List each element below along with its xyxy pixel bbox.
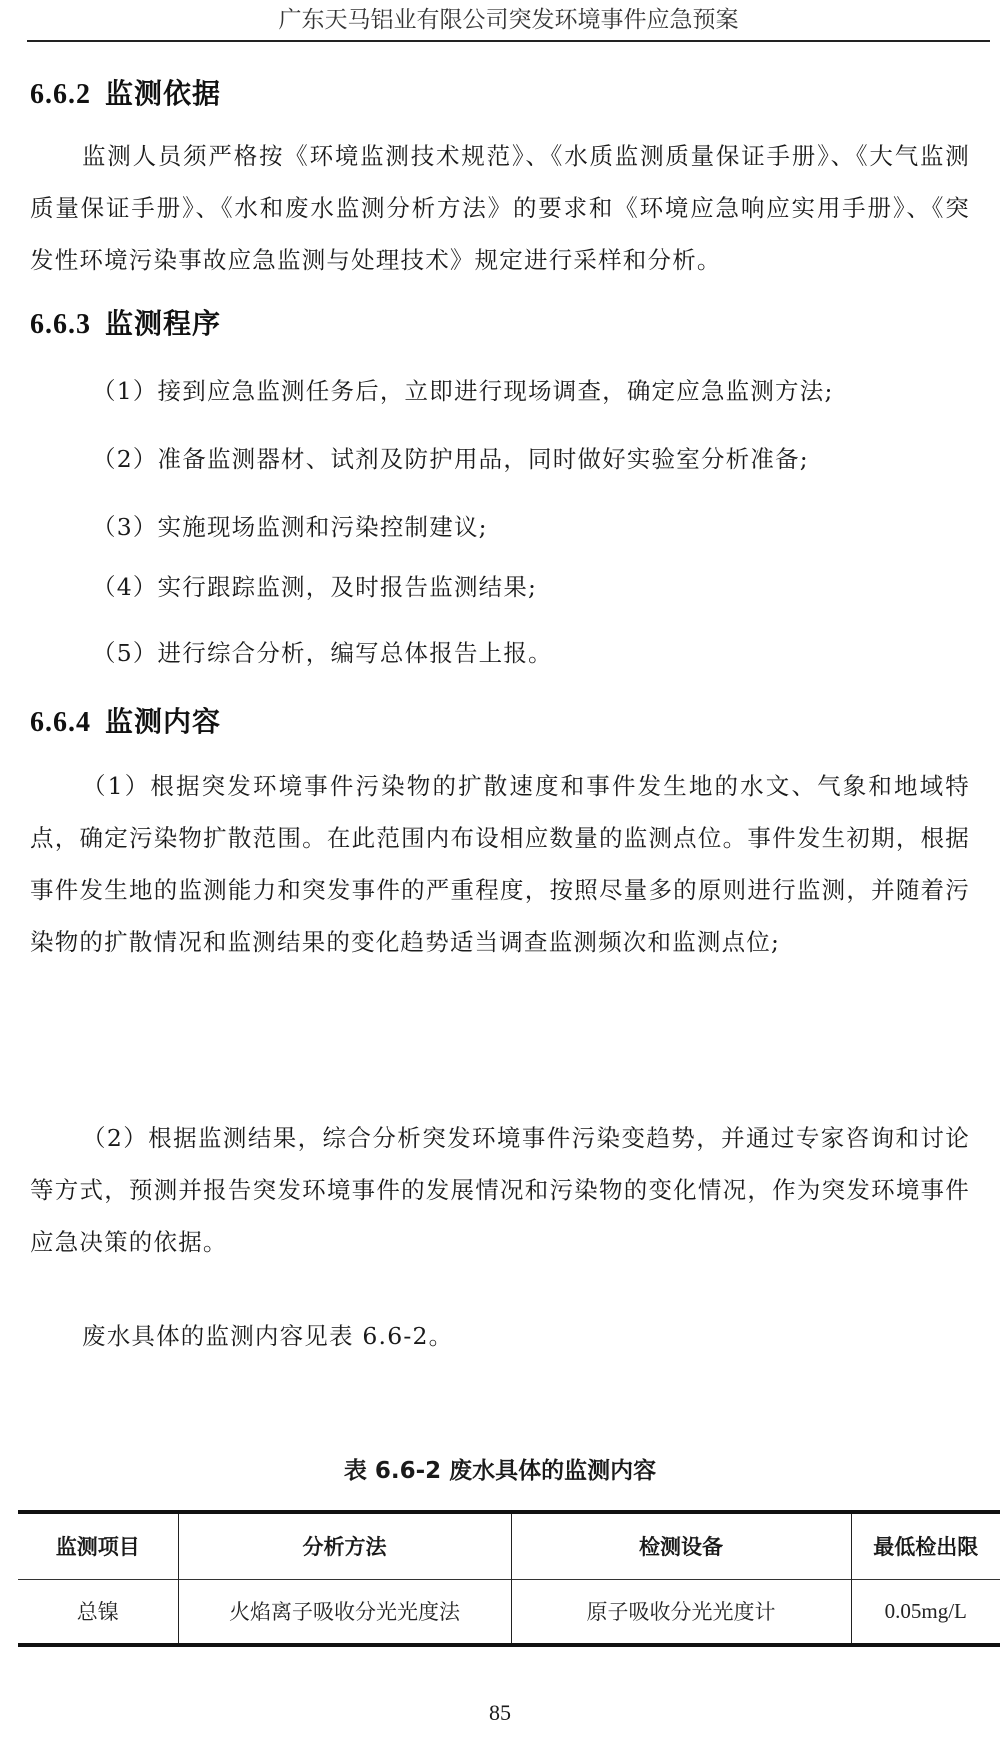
document-title: 广东天马铝业有限公司突发环境事件应急预案 [279, 7, 739, 33]
column-header: 分析方法 [178, 1512, 511, 1579]
table-caption: 表 6.6-2 废水具体的监测内容 [0, 1452, 1000, 1485]
section-heading-6-6-3: 6.6.3监测程序 [30, 302, 221, 342]
table-cell: 火焰离子吸收分光光度法 [178, 1579, 511, 1645]
section-number: 6.6.2 [30, 79, 91, 110]
table-reference: 废水具体的监测内容见表 6.6-2。 [30, 1310, 970, 1362]
content-paragraph: （2）根据监测结果，综合分析突发环境事件污染变趋势，并通过专家咨询和讨论等方式，… [30, 1112, 970, 1268]
table-cell: 0.05mg/L [851, 1579, 1000, 1645]
column-header: 监测项目 [18, 1512, 178, 1579]
table-header-row: 监测项目 分析方法 检测设备 最低检出限 [18, 1512, 1000, 1579]
content-paragraph: （1）根据突发环境事件污染物的扩散速度和事件发生地的水文、气象和地域特点，确定污… [30, 760, 970, 968]
table-cell: 总镍 [18, 1579, 178, 1645]
table-cell: 原子吸收分光光度计 [511, 1579, 851, 1645]
column-header: 最低检出限 [851, 1512, 1000, 1579]
procedure-item: （3）实施现场监测和污染控制建议; [92, 508, 488, 542]
section-title: 监测内容 [105, 705, 221, 738]
section-heading-6-6-4: 6.6.4监测内容 [30, 700, 221, 740]
page-number: 85 [0, 1700, 1000, 1726]
table-row: 总镍 火焰离子吸收分光光度法 原子吸收分光光度计 0.05mg/L [18, 1579, 1000, 1645]
section-number: 6.6.3 [30, 309, 91, 340]
monitoring-table: 监测项目 分析方法 检测设备 最低检出限 总镍 火焰离子吸收分光光度法 原子吸收… [18, 1510, 1000, 1647]
section-heading-6-6-2: 6.6.2监测依据 [30, 72, 221, 112]
column-header: 检测设备 [511, 1512, 851, 1579]
procedure-item: （1）接到应急监测任务后，立即进行现场调查，确定应急监测方法; [92, 372, 834, 406]
section-title: 监测程序 [105, 307, 221, 340]
page-header: 广东天马铝业有限公司突发环境事件应急预案 [27, 0, 990, 42]
section-number: 6.6.4 [30, 707, 91, 738]
procedure-item: （4）实行跟踪监测，及时报告监测结果; [92, 568, 537, 602]
section-title: 监测依据 [105, 77, 221, 110]
procedure-item: （2）准备监测器材、试剂及防护用品，同时做好实验室分析准备; [92, 440, 809, 474]
procedure-item: （5）进行综合分析，编写总体报告上报。 [92, 634, 553, 668]
section-paragraph: 监测人员须严格按《环境监测技术规范》、《水质监测质量保证手册》、《大气监测质量保… [30, 130, 970, 286]
